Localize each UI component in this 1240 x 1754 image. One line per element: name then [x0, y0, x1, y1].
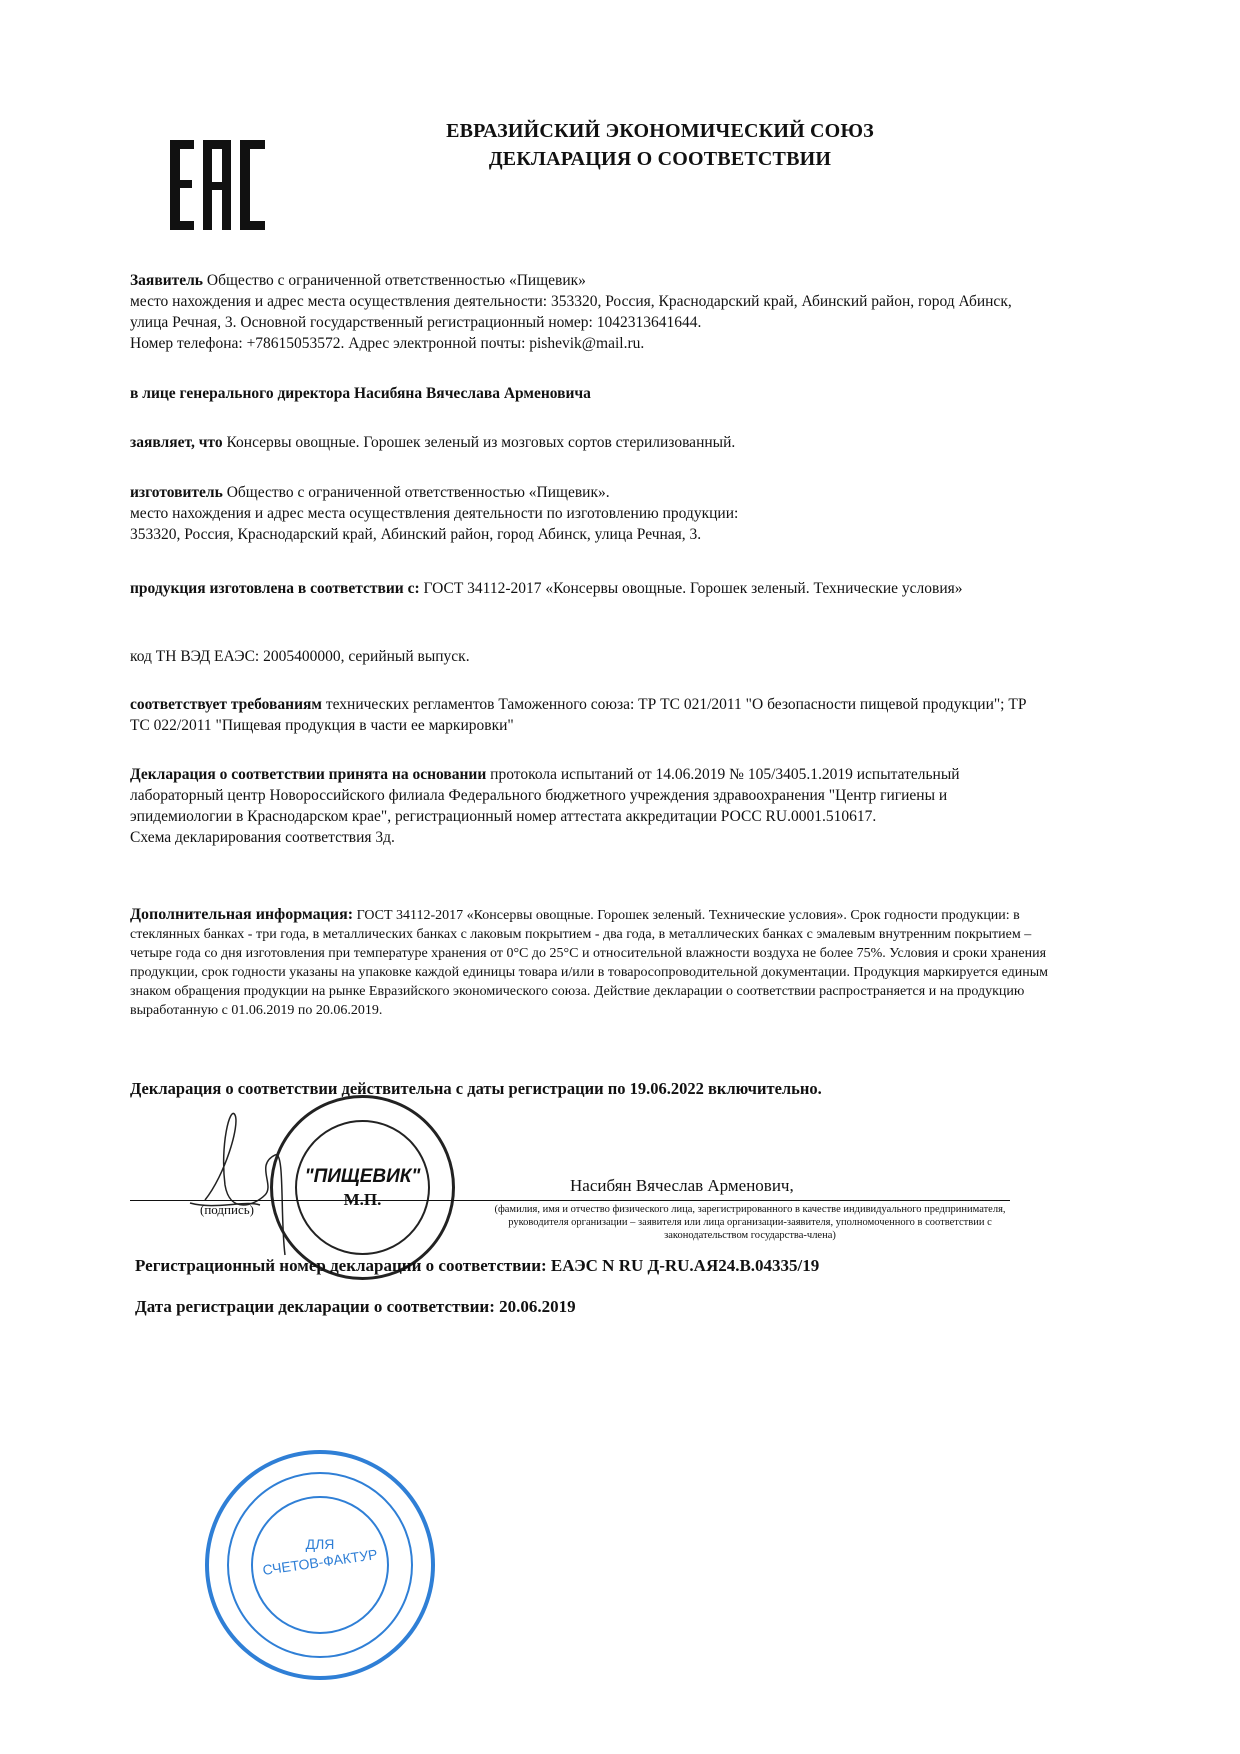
- invoice-stamp: ДЛЯ СЧЕТОВ-ФАКТУР: [205, 1450, 435, 1680]
- signature-line: [130, 1200, 1010, 1201]
- validity-statement: Декларация о соответствии действительна …: [130, 1078, 1050, 1099]
- tn-ved-code: код ТН ВЭД ЕАЭС: 2005400000, серийный вы…: [130, 646, 1050, 667]
- additional-info-label: Дополнительная информация:: [130, 906, 353, 923]
- manufacturer-label: изготовитель: [130, 484, 223, 501]
- basis-label: Декларация о соответствии принята на осн…: [130, 766, 486, 783]
- eac-logo: [170, 140, 265, 230]
- standard-text: ГОСТ 34112-2017 «Консервы овощные. Горош…: [420, 580, 963, 597]
- document-title: ДЕКЛАРАЦИЯ О СООТВЕТСТВИИ: [300, 148, 1020, 171]
- applicant-name: Общество с ограниченной ответственностью…: [203, 272, 586, 289]
- registration-number: Регистрационный номер декларации о соотв…: [135, 1255, 1055, 1276]
- basis-section: Декларация о соответствии принята на осн…: [130, 764, 1050, 848]
- applicant-label: Заявитель: [130, 272, 203, 289]
- standard-label: продукция изготовлена в соответствии с:: [130, 580, 420, 597]
- additional-info-section: Дополнительная информация: ГОСТ 34112-20…: [130, 905, 1050, 1020]
- manufacturer-section: изготовитель Общество с ограниченной отв…: [130, 482, 1050, 545]
- applicant-address: место нахождения и адрес места осуществл…: [130, 293, 1012, 331]
- declares-label: заявляет, что: [130, 434, 223, 451]
- manufacturer-address-2: 353320, Россия, Краснодарский край, Абин…: [130, 526, 701, 543]
- additional-info-text: ГОСТ 34112-2017 «Консервы овощные. Горош…: [130, 908, 1048, 1018]
- representative: в лице генерального директора Насибяна В…: [130, 383, 1050, 404]
- declares-section: заявляет, что Консервы овощные. Горошек …: [130, 432, 1050, 453]
- compliance-label: соответствует требованиям: [130, 696, 322, 713]
- applicant-contacts: Номер телефона: +78615053572. Адрес элек…: [130, 335, 644, 352]
- standard-section: продукция изготовлена в соответствии с: …: [130, 578, 1050, 599]
- compliance-section: соответствует требованиям технических ре…: [130, 694, 1050, 736]
- product-name: Консервы овощные. Горошек зеленый из моз…: [223, 434, 736, 451]
- union-title: ЕВРАЗИЙСКИЙ ЭКОНОМИЧЕСКИЙ СОЮЗ: [300, 120, 1020, 143]
- manufacturer-name: Общество с ограниченной ответственностью…: [223, 484, 610, 501]
- signature-caption: (фамилия, имя и отчество физического лиц…: [470, 1203, 1030, 1242]
- company-stamp: "ПИЩЕВИК" М.П.: [270, 1095, 455, 1280]
- registration-date: Дата регистрации декларации о соответств…: [135, 1296, 1055, 1317]
- declaration-scheme: Схема декларирования соответствия 3д.: [130, 829, 395, 846]
- manufacturer-address-1: место нахождения и адрес места осуществл…: [130, 505, 738, 522]
- signature-label: (подпись): [200, 1202, 254, 1218]
- applicant-section: Заявитель Общество с ограниченной ответс…: [130, 270, 1050, 354]
- signer-name: Насибян Вячеслав Арменович,: [570, 1176, 794, 1196]
- stamp-company-name: "ПИЩЕВИК": [273, 1166, 452, 1188]
